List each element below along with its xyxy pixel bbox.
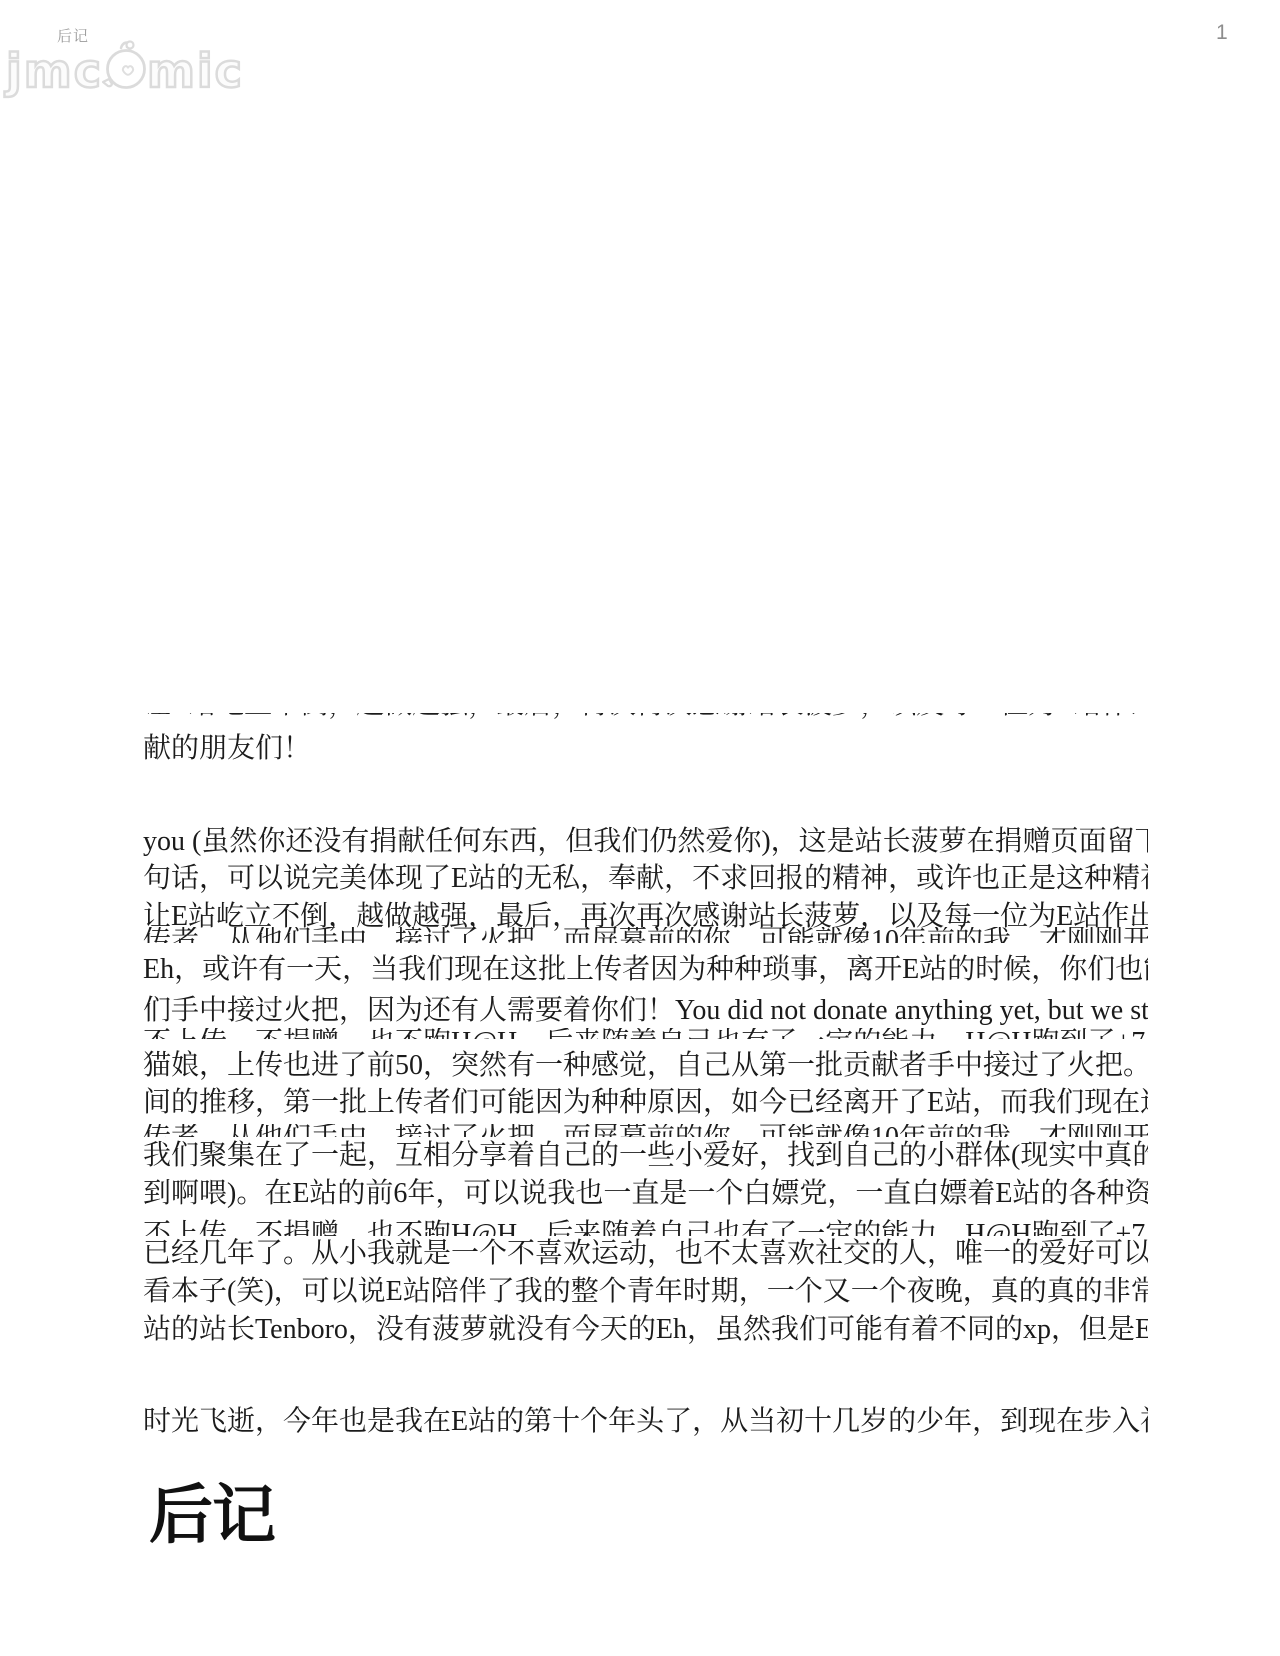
text-line: 间的推移，第一批上传者们可能因为种种原因，如今已经离开了E站，而我们现在这批上 <box>143 1086 1148 1120</box>
text-line: 传者，从他们手中，接过了火把，而屏幕前的你，可能就像10年前的我，才刚刚开始接触 <box>143 927 1148 943</box>
text-line: 献的朋友们！ <box>143 732 1148 766</box>
text-line: 句话，可以说完美体现了E站的无私，奉献，不求回报的精神，或许也正是这种精神，才 <box>143 862 1148 896</box>
afterword-heading: 后记 <box>149 1482 275 1549</box>
text-line: 不上传，不捐赠，也不跑H@H，后来随着自己也有了一定的能力，H@H跑到了+7，捐… <box>143 1028 1148 1039</box>
text-line: 不上传，不捐赠，也不跑H@H，后来随着自己也有了一定的能力，H@H跑到了+7，捐… <box>143 1219 1148 1236</box>
text-line: 们手中接过火把，因为还有人需要着你们！You did not donate an… <box>143 994 1148 1028</box>
text-line: you (虽然你还没有捐献任何东西，但我们仍然爱你)，这是站长菠萝在捐赠页面留下… <box>143 825 1148 859</box>
text-line: 到啊喂)。在E站的前6年，可以说我也一直是一个白嫖党，一直白嫖着E站的各种资源， <box>143 1177 1148 1211</box>
text-line: 让E站屹立不倒，越做越强，最后，再次再次感谢站长菠萝，以及每一位为E站作出过贡 <box>143 713 1148 722</box>
text-line: 看本子(笑)，可以说E站陪伴了我的整个青年时期，一个又一个夜晚，真的真的非常感谢… <box>143 1275 1148 1309</box>
text-line: Eh，或许有一天，当我们现在这批上传者因为种种琐事，离开E站的时候，你们也能从我 <box>143 953 1148 987</box>
text-line: 猫娘，上传也进了前50，突然有一种感觉，自己从第一批贡献者手中接过了火把。随着时 <box>143 1049 1148 1083</box>
text-line: 传者，从他们手中，接过了火把，而屏幕前的你，可能就像10年前的我，才刚刚开始接触 <box>143 1124 1148 1137</box>
text-line: 已经几年了。从小我就是一个不喜欢运动，也不太喜欢社交的人，唯一的爱好可以说就是 <box>143 1237 1148 1271</box>
text-line: 站的站长Tenboro，没有菠萝就没有今天的Eh，虽然我们可能有着不同的xp，但… <box>143 1313 1148 1347</box>
text-line: 我们聚集在了一起，互相分享着自己的一些小爱好，找到自己的小群体(现实中真的找不 <box>143 1139 1148 1173</box>
text-line: 时光飞逝，今年也是我在E站的第十个年头了，从当初十几岁的少年，到现在步入社会也 <box>143 1405 1148 1439</box>
document-text-area: 让E站屹立不倒，越做越强，最后，再次再次感谢站长菠萝，以及每一位为E站作出过贡献… <box>0 0 1280 1656</box>
